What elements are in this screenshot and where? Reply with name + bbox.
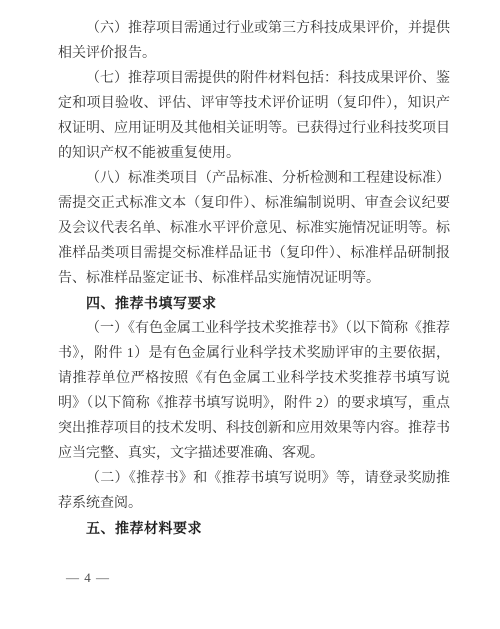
document-page: （六）推荐项目需通过行业或第三方科技成果评价，并提供相关评价报告。 （七）推荐项… (0, 0, 500, 629)
section-heading-5: 五、推荐材料要求 (58, 516, 450, 541)
paragraph-item-6: （六）推荐项目需通过行业或第三方科技成果评价，并提供相关评价报告。 (58, 16, 450, 66)
paragraph-item-8: （八）标准类项目（产品标准、分析检测和工程建设标准）需提交正式标准文本（复印件）… (58, 166, 450, 291)
page-number: — 4 — (66, 570, 110, 586)
section-heading-4: 四、推荐书填写要求 (58, 291, 450, 316)
paragraph-item-2: （二）《推荐书》和《推荐书填写说明》等，请登录奖励推荐系统查阅。 (58, 466, 450, 516)
paragraph-item-1: （一）《有色金属工业科学技术奖推荐书》（以下简称《推荐书》，附件 1）是有色金属… (58, 316, 450, 466)
paragraph-item-7: （七）推荐项目需提供的附件材料包括：科技成果评价、鉴定和项目验收、评估、评审等技… (58, 66, 450, 166)
document-body: （六）推荐项目需通过行业或第三方科技成果评价，并提供相关评价报告。 （七）推荐项… (58, 16, 450, 541)
